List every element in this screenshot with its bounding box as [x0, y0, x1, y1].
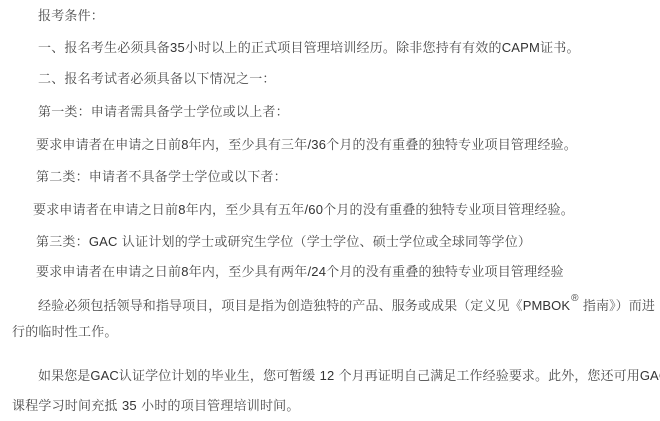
cat3-title-a: 第三类：	[36, 235, 89, 250]
category-1-requirement: 要求申请者在申请之日前8年内，至少具有三年/36个月的没有重叠的独特专业项目管理…	[36, 137, 577, 154]
req1-capm: CAPM	[502, 40, 540, 55]
req1-text-b: 小时以上的正式项目管理培训经历。除非您持有有效的	[185, 41, 502, 56]
cat3-req-b: 年内，至少具有两年	[189, 265, 308, 280]
para2-gac: GAC	[90, 368, 118, 383]
cat3-req-a: 要求申请者在申请之日前	[36, 265, 181, 280]
cat2-req-b: 年内，至少具有五年	[186, 203, 305, 218]
para2-line2-b: 小时的项目管理培训时间。	[137, 399, 300, 414]
para2-line2-a: 课程学习时间充抵	[12, 399, 122, 414]
para1-text-b: 指南》）而进	[579, 299, 655, 314]
para1-text-a: 经验必须包括领导和指导项目，项目是指为创造独特的产品、服务或成果（定义见《	[38, 299, 523, 314]
category-1-title: 第一类：申请者需具备学士学位或以上者：	[38, 105, 289, 121]
paragraph-gac-line-2: 课程学习时间充抵 35 小时的项目管理培训时间。	[12, 398, 300, 415]
paragraph-experience-line-2: 行的临时性工作。	[12, 325, 118, 341]
para2-line2-hours: 35	[122, 398, 137, 413]
req1-hours: 35	[170, 40, 185, 55]
cat1-req-b: 年内，至少具有三年	[189, 138, 308, 153]
cat1-req-a: 要求申请者在申请之日前	[36, 138, 181, 153]
para2-text-b: 认证学位计划的毕业生，您可暂缓	[119, 369, 320, 384]
para2-text-a: 如果您是	[38, 369, 90, 384]
cat1-req-months: /36	[307, 137, 326, 152]
cat3-req-c: 个月的没有重叠的独特专业项目管理经验	[326, 265, 564, 280]
category-2-requirement: 要求申请者在申请之日前8年内，至少具有五年/60个月的没有重叠的独特专业项目管理…	[33, 202, 574, 219]
cat2-req-a: 要求申请者在申请之日前	[33, 203, 178, 218]
requirement-1: 一、报名考生必须具备35小时以上的正式项目管理培训经历。除非您持有有效的CAPM…	[38, 40, 580, 57]
registered-mark: ®	[571, 293, 578, 304]
cat3-title-b: 认证计划的学士或研究生学位（学士学位、硕士学位或全球同等学位）	[118, 235, 532, 250]
para2-gac-2: GAC	[640, 368, 660, 383]
para1-pmbok: PMBOK	[523, 298, 570, 313]
cat2-req-c: 个月的没有重叠的独特专业项目管理经验。	[323, 203, 574, 218]
cat2-req-years: 8	[178, 202, 185, 217]
paragraph-gac-line-1: 如果您是GAC认证学位计划的毕业生，您可暂缓 12 个月再证明自己满足工作经验要…	[38, 368, 660, 385]
req1-text-d: 证书。	[540, 41, 580, 56]
category-3-title: 第三类：GAC 认证计划的学士或研究生学位（学士学位、硕士学位或全球同等学位）	[36, 234, 531, 251]
category-2-title: 第二类：申请者不具备学士学位或以下者：	[36, 170, 287, 186]
requirement-2: 二、报名考试者必须具备以下情况之一：	[38, 72, 276, 88]
heading-requirements: 报考条件：	[38, 9, 104, 25]
cat1-req-c: 个月的没有重叠的独特专业项目管理经验。	[326, 138, 577, 153]
paragraph-experience-line-1: 经验必须包括领导和指导项目，项目是指为创造独特的产品、服务或成果（定义见《PMB…	[38, 298, 655, 316]
req1-text-a: 一、报名考生必须具备	[38, 41, 170, 56]
category-3-requirement: 要求申请者在申请之日前8年内，至少具有两年/24个月的没有重叠的独特专业项目管理…	[36, 264, 564, 281]
para2-text-c: 个月再证明自己满足工作经验要求。此外，您还可用	[334, 369, 640, 384]
para2-months: 12	[320, 368, 335, 383]
cat2-req-months: /60	[304, 202, 323, 217]
cat1-req-years: 8	[181, 137, 188, 152]
cat3-title-gac: GAC	[89, 234, 118, 249]
cat3-req-years: 8	[181, 264, 188, 279]
cat3-req-months: /24	[307, 264, 326, 279]
